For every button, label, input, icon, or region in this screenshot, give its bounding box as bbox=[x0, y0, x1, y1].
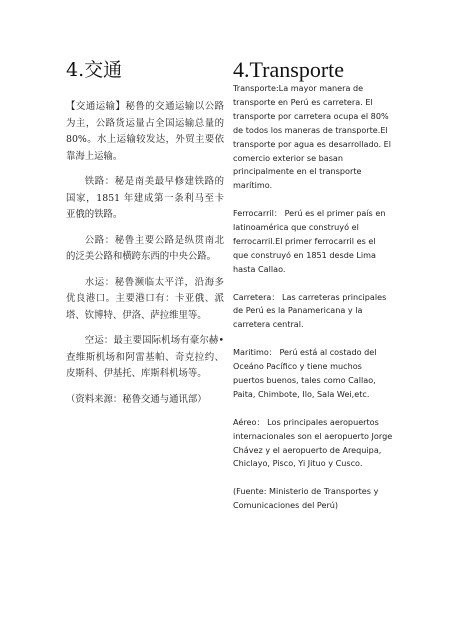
section-title-spanish: 4.Transporte bbox=[233, 58, 393, 82]
paragraph-highway-es: Carretera： Las carreteras principales de… bbox=[233, 291, 393, 333]
source-note-es: (Fuente: Ministerio de Transportes y Com… bbox=[233, 485, 393, 513]
source-note-zh: （资料来源：秘鲁交通与通讯部） bbox=[66, 392, 224, 409]
chinese-column: 4.交通 【交通运输】秘鲁的交通运输以公路为主，公路货运量占全国运输总量的80%… bbox=[66, 58, 224, 417]
document-page: 4.交通 【交通运输】秘鲁的交通运输以公路为主，公路货运量占全国运输总量的80%… bbox=[0, 0, 452, 640]
paragraph-waterway-zh: 水运：秘鲁濒临太平洋，沿海多优良港口。主要港口有：卡亚俄、派塔、钦博特、伊洛、萨… bbox=[66, 275, 224, 325]
paragraph-maritime-es: Maritimo： Perú está al costado del Oceán… bbox=[233, 346, 393, 402]
paragraph-railway-es: Ferrocarril： Perú es el primer país en l… bbox=[233, 207, 393, 277]
spanish-column: 4.Transporte Transporte:La mayor manera … bbox=[233, 58, 393, 527]
paragraph-railway-zh: 铁路：秘是南美最早修建铁路的国家，1851 年建成第一条利马至卡亚俄的铁路。 bbox=[66, 174, 224, 224]
paragraph-highway-zh: 公路：秘鲁主要公路是纵贯南北的泛美公路和横跨东西的中央公路。 bbox=[66, 233, 224, 266]
section-title-chinese: 4.交通 bbox=[66, 58, 224, 82]
paragraph-air-zh: 空运：最主要国际机场有豪尔赫•查维斯机场和阿雷基帕、奇克拉约、皮斯科、伊基托、库… bbox=[66, 333, 224, 383]
paragraph-air-es: Aéreo： Los principales aeropuertos inter… bbox=[233, 416, 393, 472]
paragraph-transport-overview-zh: 【交通运输】秘鲁的交通运输以公路为主，公路货运量占全国运输总量的80%。水上运输… bbox=[66, 99, 224, 165]
paragraph-transport-overview-es: Transporte:La mayor manera de transporte… bbox=[233, 82, 393, 193]
